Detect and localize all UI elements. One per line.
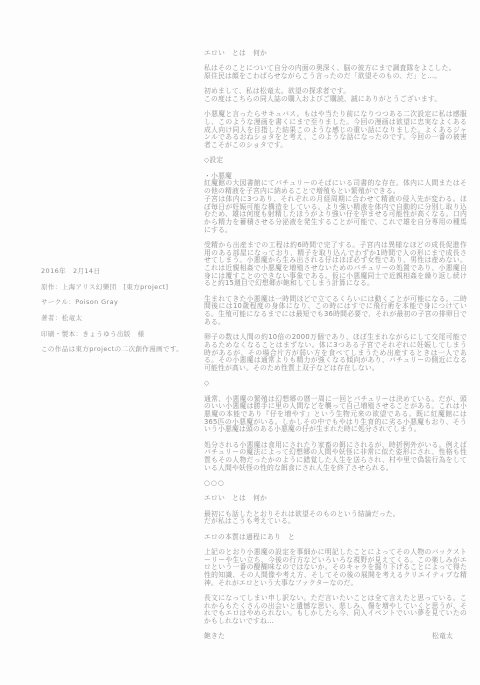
essay-emphasis-line: エロの本質は過程にあり と xyxy=(204,534,467,542)
colophon-block: 2016年 2月14日 原作：上海アリス幻樂団 [東方project] サークル… xyxy=(41,268,206,362)
essay-title: エロい とは 何か xyxy=(204,50,467,58)
afterword-essay: エロい とは 何か 私はそのことについて自分の内面の奥深く、脳の彼方にまで調査隊… xyxy=(204,50,467,641)
scene-divider: ○○○ xyxy=(204,480,467,488)
scanned-document-page: 2016年 2月14日 原作：上海アリス幻樂団 [東方project] サークル… xyxy=(0,0,480,685)
essay-paragraph: 上記のとおり小悪魔の設定を事細かに明記したことによってその人物のバックストーリー… xyxy=(204,549,467,588)
essay-paragraph: 長文になってしまい申し訳ない。ただ言いたいことは全て言えたと思っている。これから… xyxy=(204,595,467,626)
colophon-author: 著者：松竜太 xyxy=(41,315,206,322)
colophon-date: 2016年 2月14日 xyxy=(41,268,206,275)
essay-paragraph: 最初にも話したとおりそれは欲望そのものという結論だった。 だが私はこうも考えてい… xyxy=(204,511,467,526)
section-divider: ◇ xyxy=(204,380,467,388)
essay-paragraph: 私はそのことについて自分の内面の奥深く、脳の彼方にまで調査隊をよこした。 原住民… xyxy=(204,65,467,80)
essay-paragraph: 通常、小悪魔の繁殖は幻想郷の暦一周に一回とパチュリーは決めている。だが、頭のいい… xyxy=(204,396,467,435)
colophon-circle: サークル：Poison Gray xyxy=(41,299,206,306)
essay-paragraph: 生まれてきた小悪魔は一時間ほどで立てるくらいには動くことが可能になる。二時間後に… xyxy=(204,296,467,327)
closing-note: 飽きた xyxy=(204,633,225,641)
essay-paragraph: 受精から出産までの工程は約6時間で完了する。子宮内は異様なほどの成長促進作用のあ… xyxy=(204,242,467,288)
essay-paragraph: 処分される小悪魔は食用にされたり家畜の餌にされるが、時折例外がいる。例えばパチュ… xyxy=(204,442,467,473)
essay-paragraph: 初めまして、私は松竜太。欲望の探求者です。 この度はこちらの同人誌の購入およびご… xyxy=(204,88,467,103)
author-signature: 松竜太 xyxy=(432,633,453,641)
essay-paragraph: 小悪魔と言ったらサキュバス。もはや当たり前になりつつある二次設定に私は感服し、こ… xyxy=(204,111,467,150)
essay-paragraph: 卵子の数は人間の約10倍の2000万個であり、ほぼ生まれながらにして交尾可能であ… xyxy=(204,334,467,373)
colophon-disclaimer: この作品は東方projectの二次創作漫画です。 xyxy=(41,346,206,353)
essay-footer: 飽きた 松竜太 xyxy=(204,633,467,641)
colophon-original-work: 原作：上海アリス幻樂団 [東方project] xyxy=(41,284,206,291)
colophon-printing: 印刷・製本：きょうゆう出版 様 xyxy=(41,331,206,338)
koakuma-setting-paragraph: ・小悪魔 紅魔館の大図書館にてパチュリーのそばにいる司書的な存在。体内に人間また… xyxy=(204,173,467,235)
settings-section-heading: ◇設定 xyxy=(204,157,467,165)
essay-title-repeat: エロい とは 何か xyxy=(204,495,467,503)
